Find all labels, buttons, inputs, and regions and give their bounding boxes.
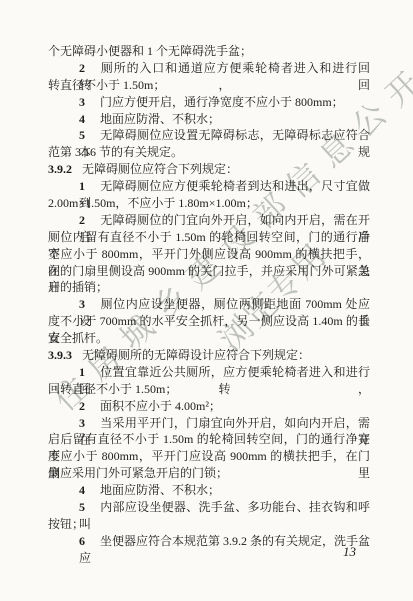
text-line: 4地面应防滑、不积水； bbox=[48, 482, 370, 499]
item-number: 3 bbox=[79, 297, 85, 311]
text-line: 安全抓杆。 bbox=[48, 330, 370, 347]
text-line: 2面积不应小于 4.00m²； bbox=[48, 398, 370, 415]
text-line: 3.9.3无障碍厕所的无障碍设计应符合下列规定： bbox=[48, 347, 370, 364]
text-line: 3厕位内应设坐便器，厕位两侧距地面 700mm 处应设长 bbox=[48, 296, 370, 313]
text-line: 4地面应防滑、不积水； bbox=[48, 111, 370, 128]
item-number: 5 bbox=[79, 500, 85, 514]
item-number: 5 bbox=[79, 128, 85, 142]
line-text: 启的插销； bbox=[48, 280, 108, 294]
item-number: 1 bbox=[79, 365, 85, 379]
line-text: 坐便器应符合本规范第 3.9.2 条的有关规定，洗手盆应 bbox=[79, 534, 370, 565]
line-text: 地面应防滑、不积水； bbox=[100, 483, 220, 497]
text-line: 不应小于 800mm，平开门外侧应设高 900mm 的横扶把手，在关 bbox=[48, 246, 370, 263]
text-line: 厕位内留有直径不小于 1.50m 的轮椅回转空间，门的通行净宽 bbox=[48, 229, 370, 246]
item-number: 2 bbox=[79, 399, 85, 413]
line-text: 门应方便开启，通行净宽度不应小于 800mm； bbox=[100, 95, 344, 109]
line-text: 范第 3.16 节的有关规定。 bbox=[48, 145, 183, 159]
text-line: 3门应方便开启，通行净宽度不应小于 800mm； bbox=[48, 94, 370, 111]
line-text: 2.00m×1.50m，不应小于 1.80m×1.00m； bbox=[48, 196, 258, 210]
item-number: 3.9.3 bbox=[48, 348, 72, 362]
text-block: 个无障碍小便器和 1 个无障碍洗手盆；2厕所的入口和通道应方便乘轮椅者进入和进行… bbox=[48, 43, 370, 550]
line-text: 转直径不小于 1.50m； bbox=[48, 78, 165, 92]
text-line: 5内部应设坐便器、洗手盆、多功能台、挂衣钩和呼叫 bbox=[48, 499, 370, 516]
text-line: 5无障碍厕位应设置无障碍标志，无障碍标志应符合本规 bbox=[48, 127, 370, 144]
item-number: 4 bbox=[79, 112, 85, 126]
text-line: 启后留有直径不小于 1.50m 的轮椅回转空间，门的通行净宽度 bbox=[48, 431, 370, 448]
text-line: 2.00m×1.50m，不应小于 1.80m×1.00m； bbox=[48, 195, 370, 212]
item-number: 2 bbox=[79, 61, 85, 75]
text-line: 不应小于 800mm，平开门应设高 900mm 的横扶把手，在门扇里 bbox=[48, 448, 370, 465]
page-number: 13 bbox=[343, 544, 356, 560]
text-line: 1位置宜靠近公共厕所，应方便乘轮椅者进入和进行回转， bbox=[48, 364, 370, 381]
text-line: 1无障碍厕位应方便乘轮椅者到达和进出，尺寸宜做到 bbox=[48, 178, 370, 195]
text-line: 度不小于 700mm 的水平安全抓杆，另一侧应设高 1.40m 的垂直 bbox=[48, 313, 370, 330]
line-text: 面积不应小于 4.00m²； bbox=[100, 399, 221, 413]
line-text: 安全抓杆。 bbox=[48, 331, 108, 345]
line-text: 侧应采用门外可紧急开启的门锁； bbox=[48, 466, 228, 480]
text-line: 6坐便器应符合本规范第 3.9.2 条的有关规定，洗手盆应 bbox=[48, 533, 370, 550]
line-text: 地面应防滑、不积水； bbox=[100, 112, 220, 126]
line-text: 无障碍厕所的无障碍设计应符合下列规定： bbox=[82, 348, 310, 362]
line-text: 无障碍厕位应符合下列规定： bbox=[82, 162, 238, 176]
item-number: 3.9.2 bbox=[48, 162, 72, 176]
text-line: 启的插销； bbox=[48, 279, 370, 296]
text-line: 个无障碍小便器和 1 个无障碍洗手盆； bbox=[48, 43, 370, 60]
text-line: 2无障碍厕位的门宜向外开启，如向内开启，需在开启后 bbox=[48, 212, 370, 229]
item-number: 2 bbox=[79, 213, 85, 227]
item-number: 6 bbox=[79, 534, 85, 548]
text-line: 3.9.2无障碍厕位应符合下列规定： bbox=[48, 161, 370, 178]
item-number: 4 bbox=[79, 483, 85, 497]
item-number: 1 bbox=[79, 179, 85, 193]
document-page: 住房城乡建设部信息公开 浏览专用 个无障碍小便器和 1 个无障碍洗手盆；2厕所的… bbox=[0, 0, 413, 601]
item-number: 3 bbox=[79, 416, 85, 430]
text-line: 按钮； bbox=[48, 516, 370, 533]
line-text: 个无障碍小便器和 1 个无障碍洗手盆； bbox=[48, 44, 252, 58]
text-line: 闭的门扇里侧设高 900mm 的关门拉手，并应采用门外可紧急开 bbox=[48, 263, 370, 280]
line-text: 按钮； bbox=[48, 517, 84, 531]
item-number: 3 bbox=[79, 95, 85, 109]
line-text: 回转直径不小于 1.50m； bbox=[48, 382, 177, 396]
text-line: 2厕所的入口和通道应方便乘轮椅者进入和进行回转，回 bbox=[48, 60, 370, 77]
text-line: 3当采用平开门，门扇宜向外开启，如向内开启，需在开 bbox=[48, 415, 370, 432]
